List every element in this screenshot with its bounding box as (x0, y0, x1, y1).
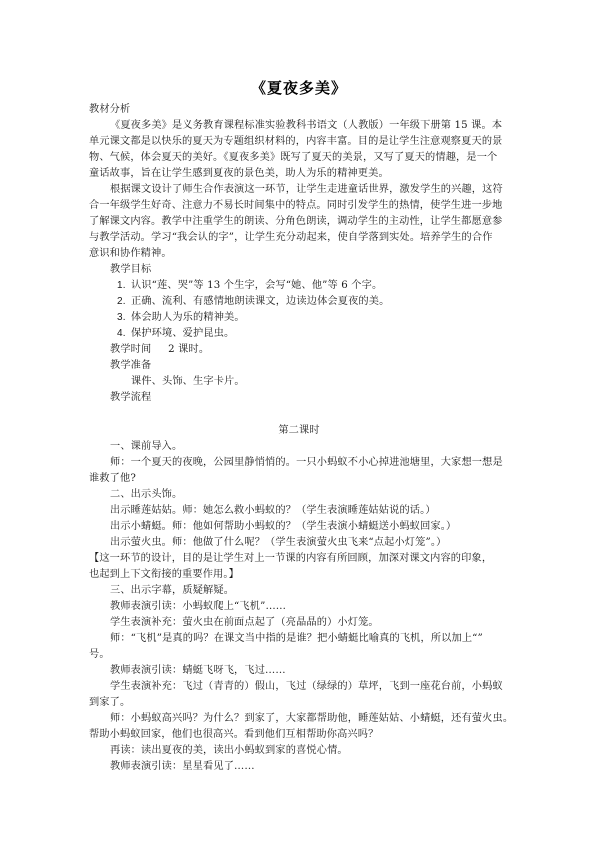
analysis-paragraph-1: 《夏夜多美》是义务教育课程标准实验教科书语文（人教版）一年级下册第 15 课。本… (89, 118, 509, 182)
section-heading-analysis: 教材分析 (89, 102, 509, 118)
section-heading-objectives: 教学目标 (89, 262, 509, 278)
text-line: 了解课文内容。教学中注重学生的朗读、分角色朗读，调动学生的主动性，让学生都愿意参 (89, 214, 509, 230)
text-line: 到家了。 (89, 695, 509, 711)
text-line: 一、课前导入。 (89, 439, 509, 455)
text-line: 出示小蜻蜓。师：他如何帮助小蚂蚁的？（学生表演小蜻蜓送小蚂蚁回家。） (89, 519, 509, 535)
list-text: 保护环境、爱护昆虫。 (131, 326, 234, 342)
lesson-heading: 第二课时 (89, 423, 509, 439)
list-item: 2. 正确、流利、有感情地朗读课文，边读边体会夏夜的美。 (89, 294, 509, 310)
text-line: 三、出示字幕，质疑解疑。 (89, 583, 509, 599)
teaching-time-label: 教学时间 (110, 344, 151, 355)
list-number: 1. (117, 278, 131, 294)
text-line: 单元课文都是以快乐的夏天为专题组织材料的，内容丰富。目的是让学生注意观察夏天的景 (89, 134, 509, 150)
text-line: 再读：读出夏夜的美，读出小蚂蚁到家的喜悦心情。 (89, 743, 509, 759)
text-line: 师：一个夏天的夜晚，公园里静悄悄的。一只小蚂蚁不小心掉进池塘里，大家想一想是 (89, 455, 509, 471)
list-item: 1. 认识“莲、哭”等 13 个生字，会写“她、他”等 6 个字。 (89, 278, 509, 294)
text-line: 【这一环节的设计，目的是让学生对上一节课的内容有所回顾，加深对课文内容的印象， (89, 551, 509, 567)
objectives-list: 1. 认识“莲、哭”等 13 个生字，会写“她、他”等 6 个字。 2. 正确、… (89, 278, 509, 342)
text-line: 出示萤火虫。师：他做了什么呢？（学生表演萤火虫飞来“点起小灯笼”。） (89, 535, 509, 551)
text-line: 教师表演引读：小蚂蚁爬上“飞机”…… (89, 599, 509, 615)
teaching-time-value: 2 课时。 (168, 344, 209, 355)
teaching-time: 教学时间 2 课时。 (89, 342, 509, 358)
document-title: 《夏夜多美》 (89, 77, 509, 98)
list-text: 正确、流利、有感情地朗读课文，边读边体会夏夜的美。 (131, 294, 389, 310)
text-line: 出示睡莲姑姑。师：她怎么救小蚂蚁的？（学生表演睡莲姑姑说的话。） (89, 503, 509, 519)
spacer (89, 406, 509, 422)
text-line: 教师表演引读：蜻蜓飞呀飞，飞过…… (89, 663, 509, 679)
analysis-paragraph-2: 根据课文设计了师生合作表演这一环节，让学生走进童话世界，激发学生的兴趣，这符 合… (89, 182, 509, 262)
text-line: 根据课文设计了师生合作表演这一环节，让学生走进童话世界，激发学生的兴趣，这符 (89, 182, 509, 198)
list-text: 认识“莲、哭”等 13 个生字，会写“她、他”等 6 个字。 (131, 278, 382, 294)
section-heading-flow: 教学流程 (89, 390, 509, 406)
text-line: 学生表演补充：飞过（青青的）假山，飞过（绿绿的）草坪，飞到一座花台前，小蚂蚁 (89, 679, 509, 695)
text-line: 帮助小蚂蚁回家，他们也很高兴。看到他们互相帮助你高兴吗？ (89, 727, 509, 743)
text-line: 《夏夜多美》是义务教育课程标准实验教科书语文（人教版）一年级下册第 15 课。本 (89, 118, 509, 134)
list-number: 4. (117, 326, 131, 342)
list-number: 2. (117, 294, 131, 310)
list-item: 4. 保护环境、爱护昆虫。 (89, 326, 509, 342)
text-line: 师：小蚂蚁高兴吗？为什么？到家了，大家都帮助他，睡莲姑姑、小蜻蜓，还有萤火虫。 (89, 711, 509, 727)
text-line: 物、气候，体会夏天的美好。《夏夜多美》既写了夏天的美景，又写了夏天的情趣，是一个 (89, 150, 509, 166)
text-line: 也起到上下文衔接的重要作用。】 (89, 567, 509, 583)
list-number: 3. (117, 310, 131, 326)
text-line: 童话故事，旨在让学生感到夏夜的景色美，助人为乐的精神更美。 (89, 166, 509, 182)
section-heading-preparation: 教学准备 (89, 358, 509, 374)
text-line: 与教学活动。学习“我会认的字”，让学生充分动起来，使自学落到实处。培养学生的合作 (89, 230, 509, 246)
preparation-content: 课件、头饰、生字卡片。 (89, 374, 509, 390)
text-line: 师：“飞机”是真的吗？在课文当中指的是谁？把小蜻蜓比喻真的飞机，所以加上“” (89, 631, 509, 647)
text-line: 学生表演补充：萤火虫在前面点起了（亮晶晶的）小灯笼。 (89, 615, 509, 631)
text-line: 合一年级学生好奇、注意力不易长时间集中的特点。同时引发学生的热情，使学生进一步地 (89, 198, 509, 214)
lesson-content: 一、课前导入。 师：一个夏天的夜晚，公园里静悄悄的。一只小蚂蚁不小心掉进池塘里，… (89, 439, 509, 775)
text-line: 号。 (89, 647, 509, 663)
list-item: 3. 体会助人为乐的精神美。 (89, 310, 509, 326)
text-line: 二、出示头饰。 (89, 487, 509, 503)
list-text: 体会助人为乐的精神美。 (131, 310, 245, 326)
text-line: 教师表演引读：星星看见了…… (89, 759, 509, 775)
document-body: 教材分析 《夏夜多美》是义务教育课程标准实验教科书语文（人教版）一年级下册第 1… (89, 102, 509, 775)
text-line: 意识和协作精神。 (89, 246, 509, 262)
text-line: 谁救了他? (89, 471, 509, 487)
